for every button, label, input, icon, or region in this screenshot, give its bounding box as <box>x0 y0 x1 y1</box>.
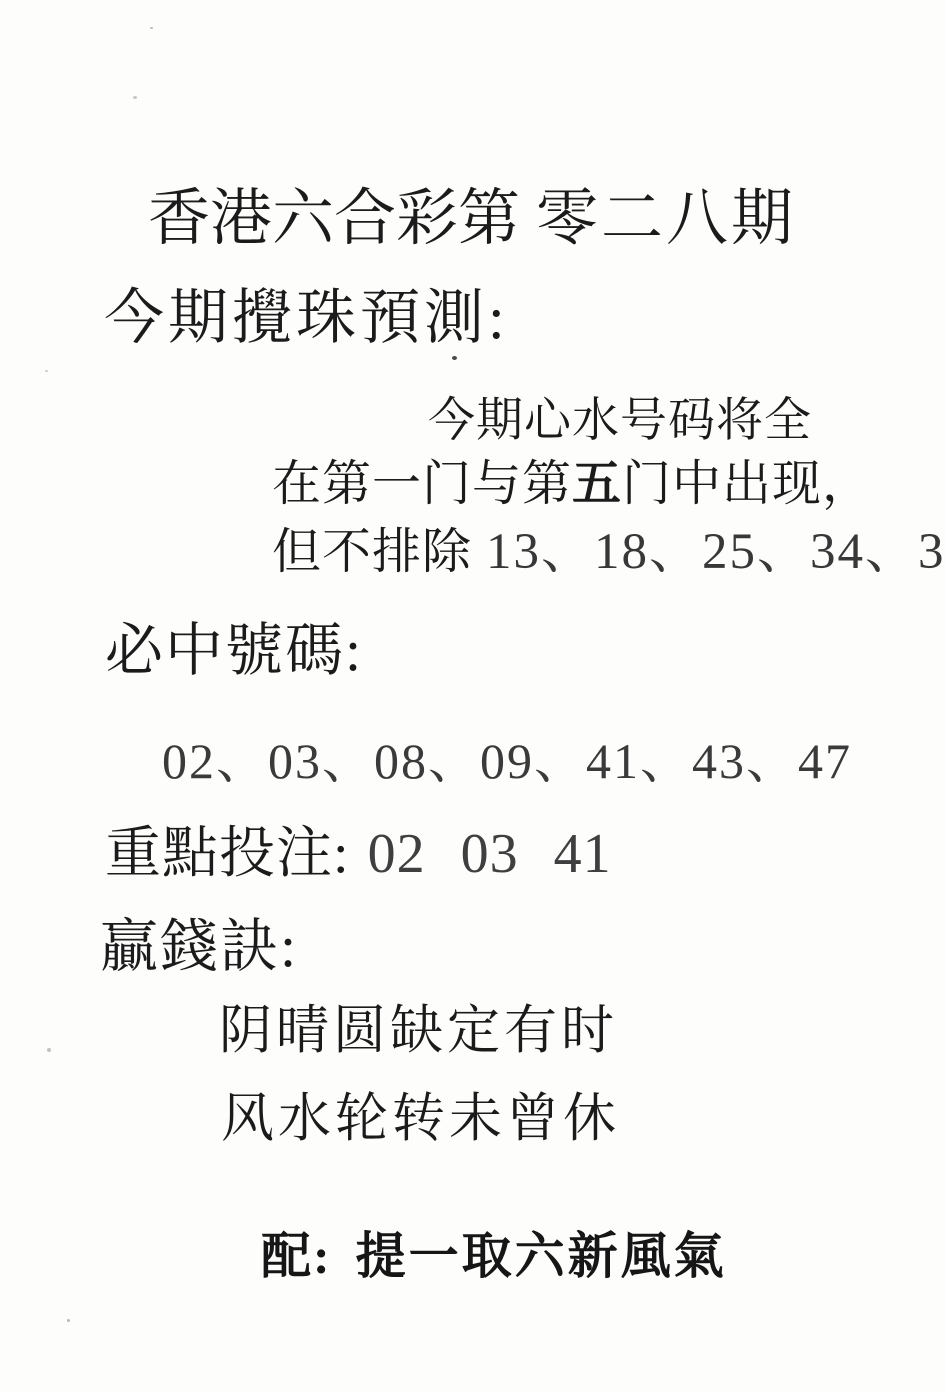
not-excluded-numbers: 13、18、25、34、35 <box>486 524 946 580</box>
verse-line-2: 风水轮转未曾休 <box>221 1093 620 1146</box>
key-bet-label: 重點投注: <box>105 823 350 885</box>
verse-label: 贏錢訣: <box>100 918 298 976</box>
key-bet-numbers: 02 03 41 <box>368 823 612 885</box>
verse-line-1: 阴晴圆缺定有时 <box>219 1005 618 1058</box>
scan-speck <box>133 96 137 99</box>
scan-speck <box>47 1048 51 1052</box>
scan-speck <box>67 1319 70 1322</box>
scan-speck <box>452 356 457 360</box>
scan-speck <box>45 370 48 372</box>
pairing-phrase: 提一取六新風氣 <box>356 1228 727 1284</box>
must-hit-label: 必中號碼: <box>105 622 363 680</box>
subtitle-draw-forecast: 今期攪珠預測: <box>104 288 509 348</box>
forecast-line-2: 在第一门与第五门中出现， <box>272 459 872 508</box>
page-title: 香港六合彩第零二八期 <box>148 188 796 250</box>
pairing-line: 配:提一取六新風氣 <box>261 1231 727 1281</box>
scan-speck <box>150 27 153 29</box>
pairing-label: 配: <box>261 1228 332 1284</box>
lottery-flyer-page: 香港六合彩第零二八期 今期攪珠預測: 今期心水号码将全 在第一门与第五门中出现，… <box>0 0 946 1391</box>
gate-five-character: 五 <box>572 456 622 511</box>
forecast-line-1: 今期心水号码将全 <box>428 398 812 445</box>
title-issue-number: 零二八期 <box>536 185 796 253</box>
key-bet-line: 重點投注:02 03 41 <box>105 826 612 882</box>
forecast-line-3: 但不排除13、18、25、34、35 <box>272 527 946 578</box>
must-hit-numbers: 02、03、08、09、41、43、47 <box>162 736 852 786</box>
title-issuer-text: 香港六合彩第 <box>148 185 520 253</box>
